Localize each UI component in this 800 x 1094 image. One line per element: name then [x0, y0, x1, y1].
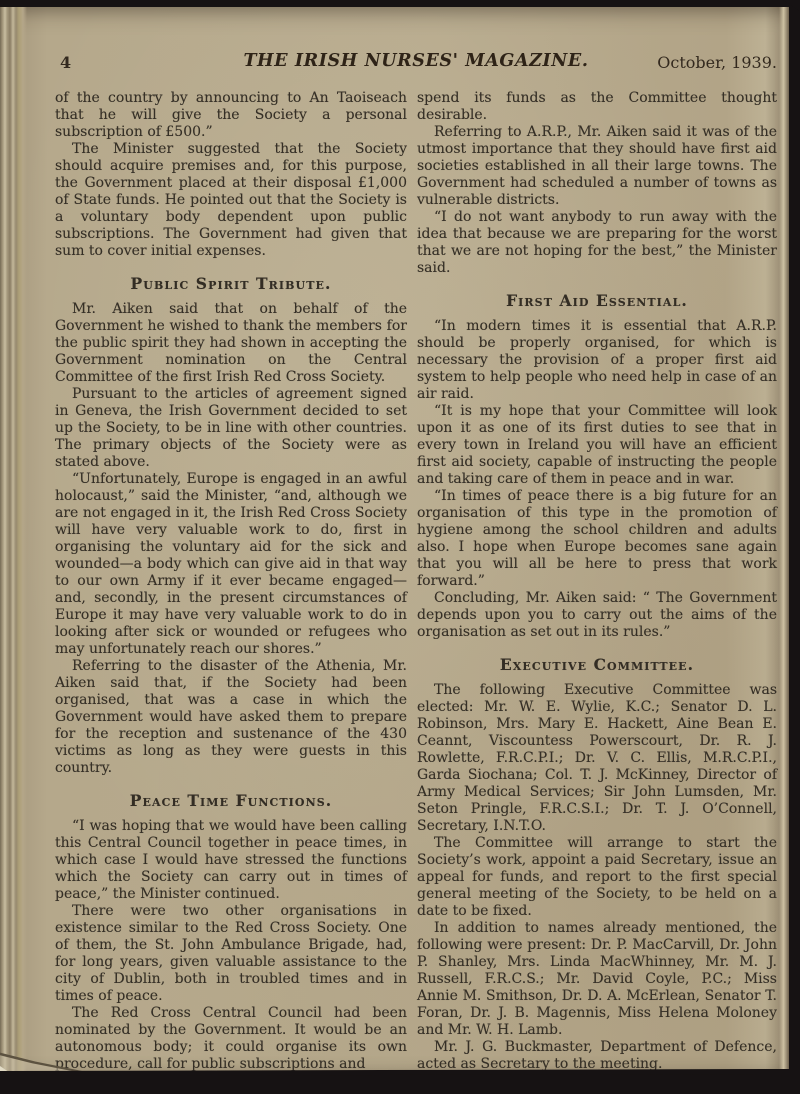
issue-date: October, 1939. — [657, 53, 777, 72]
section-heading-peace-time-functions: Peace Time Functions. — [55, 792, 407, 809]
page-right-edge — [779, 7, 789, 1076]
paragraph: In addition to names already mentioned, … — [417, 920, 777, 1039]
paragraph: of the country by announcing to An Taois… — [55, 90, 407, 141]
binding-gutter — [0, 7, 27, 1076]
paragraph: Referring to the disaster of the Athenia… — [55, 658, 407, 777]
section-heading-first-aid-essential: First Aid Essential. — [417, 292, 777, 309]
section-heading-public-spirit-tribute: Public Spirit Tribute. — [55, 275, 407, 292]
page-header: 4 THE IRISH NURSES' MAGAZINE. October, 1… — [55, 51, 777, 75]
paragraph: There were two other organisations in ex… — [55, 903, 407, 1005]
scan-bed-edge — [0, 1074, 800, 1094]
right-column: spend its funds as the Committee thought… — [417, 90, 777, 1073]
paragraph: Mr. Aiken said that on behalf of the Gov… — [55, 301, 407, 386]
paragraph: Referring to A.R.P., Mr. Aiken said it w… — [417, 124, 777, 209]
paragraph: The following Executive Committee was el… — [417, 682, 777, 835]
paragraph: Concluding, Mr. Aiken said: “ The Govern… — [417, 590, 777, 641]
paragraph: The Committee will arrange to start the … — [417, 835, 777, 920]
paragraph: spend its funds as the Committee thought… — [417, 90, 777, 124]
paragraph: The Minister suggested that the Society … — [55, 141, 407, 260]
paragraph: “In modern times it is essential that A.… — [417, 318, 777, 403]
paragraph: The Red Cross Central Council had been n… — [55, 1005, 407, 1073]
paragraph: “I was hoping that we would have been ca… — [55, 818, 407, 903]
paragraph: “Unfortunately, Europe is engaged in an … — [55, 471, 407, 658]
left-column: of the country by announcing to An Taois… — [55, 90, 407, 1073]
paragraph: Mr. J. G. Buckmaster, Department of Defe… — [417, 1039, 777, 1073]
paragraph: “I do not want anybody to run away with … — [417, 209, 777, 277]
paragraph: “In times of peace there is a big future… — [417, 488, 777, 590]
paragraph: “It is my hope that your Committee will … — [417, 403, 777, 488]
section-heading-executive-committee: Executive Committee. — [417, 656, 777, 673]
paragraph: Pursuant to the articles of agreement si… — [55, 386, 407, 471]
